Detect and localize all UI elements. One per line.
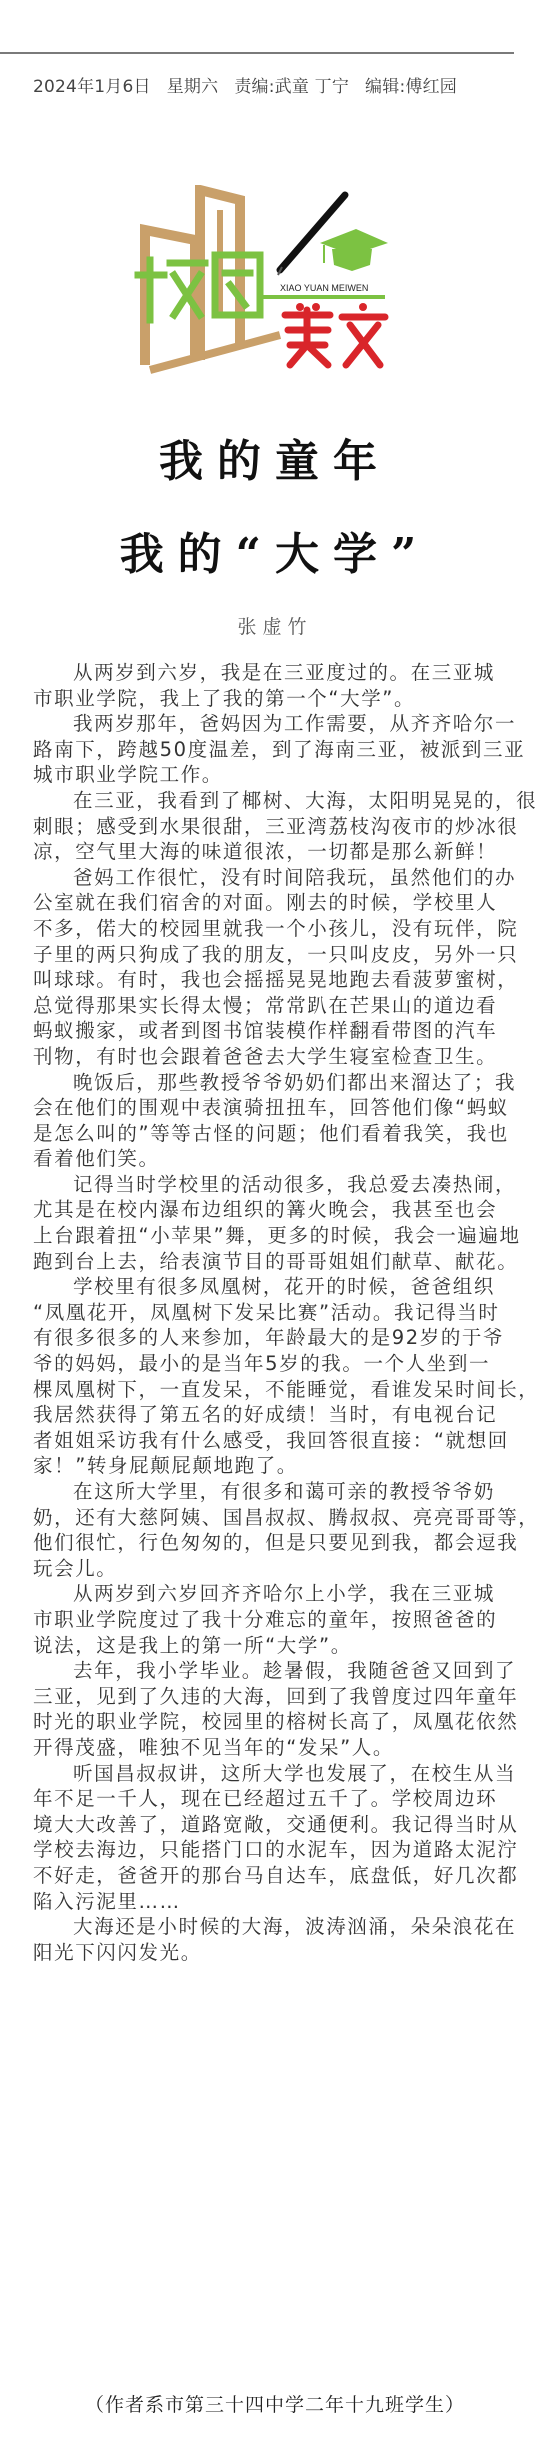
paragraph-line: 上台跟着扭“小苹果”舞，更多的时候，我会一遍遍地 — [33, 1223, 523, 1249]
paragraph-line: 我居然获得了第五名的好成绩！当时，有电视台记 — [33, 1402, 523, 1428]
paragraph-line: 蚂蚁搬家，或者到图书馆装模作样翻看带图的汽车 — [33, 1018, 523, 1044]
paragraph-line: 爸妈工作很忙，没有时间陪我玩，虽然他们的办 — [33, 865, 523, 891]
page-header-meta: 2024年1月6日星期六责编:武童 丁宁编辑:傅红园 — [33, 72, 473, 97]
article-title-line-1: 我的童年 — [0, 425, 550, 489]
author-name: 张虚竹 — [0, 612, 550, 639]
paragraph-line: 在三亚，我看到了椰树、大海，太阳明晃晃的，很 — [33, 788, 523, 814]
paragraph-line: 不好走，爸爸开的那台马自达车，底盘低，好几次都 — [33, 1863, 523, 1889]
weekday: 星期六 — [167, 77, 219, 97]
paragraph-line: 公室就在我们宿舍的对面。刚去的时候，学校里人 — [33, 890, 523, 916]
paragraph-line: 在这所大学里，有很多和蔼可亲的教授爷爷奶 — [33, 1479, 523, 1505]
paragraph-line: 时光的职业学院，校园里的榕树长高了，凤凰花依然 — [33, 1709, 523, 1735]
paragraph-line: 跑到台上去，给表演节目的哥哥姐姐们献草、献花。 — [33, 1249, 523, 1275]
paragraph-line: 说法，这是我上的第一所“大学”。 — [33, 1633, 523, 1659]
paragraph-line: 去年，我小学毕业。趁暑假，我随爸爸又回到了 — [33, 1658, 523, 1684]
article-body: 从两岁到六岁，我是在三亚度过的。在三亚城市职业学院，我上了我的第一个“大学”。我… — [33, 660, 523, 1965]
paragraph-line: 有很多很多的人来参加，年龄最大的是92岁的于爷 — [33, 1325, 523, 1351]
svg-text:XIAO YUAN MEIWEN: XIAO YUAN MEIWEN — [280, 283, 368, 293]
campus-essay-logo: XIAO YUAN MEIWEN — [130, 185, 400, 375]
logo-graphic-icon: XIAO YUAN MEIWEN — [130, 185, 400, 375]
article-paragraph: 学校里有很多凤凰树，花开的时候，爸爸组织“凤凰花开，凤凰树下发呆比赛”活动。我记… — [33, 1274, 523, 1479]
paragraph-line: 玩会儿。 — [33, 1556, 523, 1582]
paragraph-line: 尤其是在校内瀑布边组织的篝火晚会，我甚至也会 — [33, 1197, 523, 1223]
article-paragraph: 记得当时学校里的活动很多，我总爱去凑热闹，尤其是在校内瀑布边组织的篝火晚会，我甚… — [33, 1172, 523, 1274]
article-paragraph: 在三亚，我看到了椰树、大海，太阳明晃晃的，很刺眼；感受到水果很甜，三亚湾荔枝沟夜… — [33, 788, 523, 865]
paragraph-line: 年不足一千人，现在已经超过五千了。学校周边环 — [33, 1786, 523, 1812]
article-paragraph: 爸妈工作很忙，没有时间陪我玩，虽然他们的办公室就在我们宿舍的对面。刚去的时候，学… — [33, 865, 523, 1070]
paragraph-line: 子里的两只狗成了我的朋友，一只叫皮皮，另外一只 — [33, 942, 523, 968]
paragraph-line: 学校里有很多凤凰树，花开的时候，爸爸组织 — [33, 1274, 523, 1300]
paragraph-line: 奶，还有大慈阿姨、国昌叔叔、腾叔叔、亮亮哥哥等， — [33, 1505, 523, 1531]
editor: 编辑:傅红园 — [365, 77, 457, 97]
article-paragraph: 听国昌叔叔讲，这所大学也发展了，在校生从当年不足一千人，现在已经超过五千了。学校… — [33, 1761, 523, 1915]
paragraph-line: 棵凤凰树下，一直发呆，不能睡觉，看谁发呆时间长， — [33, 1377, 523, 1403]
paragraph-line: 学校去海边，只能搭门口的水泥车，因为道路太泥泞 — [33, 1837, 523, 1863]
paragraph-line: 我两岁那年，爸妈因为工作需要，从齐齐哈尔一 — [33, 711, 523, 737]
paragraph-line: 他们很忙，行色匆匆的，但是只要见到我，都会逗我 — [33, 1530, 523, 1556]
paragraph-line: 市职业学院度过了我十分难忘的童年，按照爸爸的 — [33, 1607, 523, 1633]
paragraph-line: 叫球球。有时，我也会摇摇晃晃地跑去看菠萝蜜树， — [33, 967, 523, 993]
article-paragraph: 去年，我小学毕业。趁暑假，我随爸爸又回到了三亚，见到了久违的大海，回到了我曾度过… — [33, 1658, 523, 1760]
paragraph-line: 看着他们笑。 — [33, 1146, 523, 1172]
paragraph-line: 爷的妈妈，最小的是当年5岁的我。一个人坐到一 — [33, 1351, 523, 1377]
paragraph-line: 开得茂盛，唯独不见当年的“发呆”人。 — [33, 1735, 523, 1761]
paragraph-line: 不多，偌大的校园里就我一个小孩儿，没有玩伴，院 — [33, 916, 523, 942]
paragraph-line: 市职业学院，我上了我的第一个“大学”。 — [33, 686, 523, 712]
paragraph-line: 从两岁到六岁回齐齐哈尔上小学，我在三亚城 — [33, 1581, 523, 1607]
paragraph-line: 三亚，见到了久违的大海，回到了我曾度过四年童年 — [33, 1684, 523, 1710]
paragraph-line: 大海还是小时候的大海，波涛汹涌，朵朵浪花在 — [33, 1914, 523, 1940]
paragraph-line: 从两岁到六岁，我是在三亚度过的。在三亚城 — [33, 660, 523, 686]
paragraph-line: 城市职业学院工作。 — [33, 762, 523, 788]
paragraph-line: 会在他们的围观中表演骑扭扭车，回答他们像“蚂蚁 — [33, 1095, 523, 1121]
paragraph-line: 陷入污泥里…… — [33, 1889, 523, 1915]
paragraph-line: 晚饭后，那些教授爷爷奶奶们都出来溜达了；我 — [33, 1070, 523, 1096]
author-affiliation: （作者系市第三十四中学二年十九班学生） — [0, 2390, 550, 2417]
paragraph-line: 境大大改善了，道路宽敞，交通便利。我记得当时从 — [33, 1812, 523, 1838]
top-divider — [0, 52, 514, 54]
paragraph-line: 是怎么叫的”等等古怪的问题；他们看着我笑，我也 — [33, 1121, 523, 1147]
chief-editor: 责编:武童 丁宁 — [234, 77, 349, 97]
article-paragraph: 大海还是小时候的大海，波涛汹涌，朵朵浪花在阳光下闪闪发光。 — [33, 1914, 523, 1965]
paragraph-line: 路南下，跨越50度温差，到了海南三亚，被派到三亚 — [33, 737, 523, 763]
paragraph-line: 听国昌叔叔讲，这所大学也发展了，在校生从当 — [33, 1761, 523, 1787]
article-paragraph: 晚饭后，那些教授爷爷奶奶们都出来溜达了；我会在他们的围观中表演骑扭扭车，回答他们… — [33, 1070, 523, 1172]
article-paragraph: 在这所大学里，有很多和蔼可亲的教授爷爷奶奶，还有大慈阿姨、国昌叔叔、腾叔叔、亮亮… — [33, 1479, 523, 1581]
publish-date: 2024年1月6日 — [33, 77, 151, 97]
paragraph-line: 记得当时学校里的活动很多，我总爱去凑热闹， — [33, 1172, 523, 1198]
paragraph-line: 总觉得那果实长得太慢；常常趴在芒果山的道边看 — [33, 993, 523, 1019]
paragraph-line: 凉，空气里大海的味道很浓，一切都是那么新鲜！ — [33, 839, 523, 865]
paragraph-line: 者姐姐采访我有什么感受，我回答很直接：“就想回 — [33, 1428, 523, 1454]
article-title-line-2: 我的“大学” — [0, 518, 550, 582]
paragraph-line: 刊物，有时也会跟着爸爸去大学生寝室检查卫生。 — [33, 1044, 523, 1070]
article-paragraph: 从两岁到六岁回齐齐哈尔上小学，我在三亚城市职业学院度过了我十分难忘的童年，按照爸… — [33, 1581, 523, 1658]
article-paragraph: 从两岁到六岁，我是在三亚度过的。在三亚城市职业学院，我上了我的第一个“大学”。 — [33, 660, 523, 711]
paragraph-line: 刺眼；感受到水果很甜，三亚湾荔枝沟夜市的炒冰很 — [33, 814, 523, 840]
paragraph-line: 阳光下闪闪发光。 — [33, 1940, 523, 1966]
paragraph-line: 家！”转身屁颠屁颠地跑了。 — [33, 1453, 523, 1479]
paragraph-line: “凤凰花开，凤凰树下发呆比赛”活动。我记得当时 — [33, 1300, 523, 1326]
article-paragraph: 我两岁那年，爸妈因为工作需要，从齐齐哈尔一路南下，跨越50度温差，到了海南三亚，… — [33, 711, 523, 788]
